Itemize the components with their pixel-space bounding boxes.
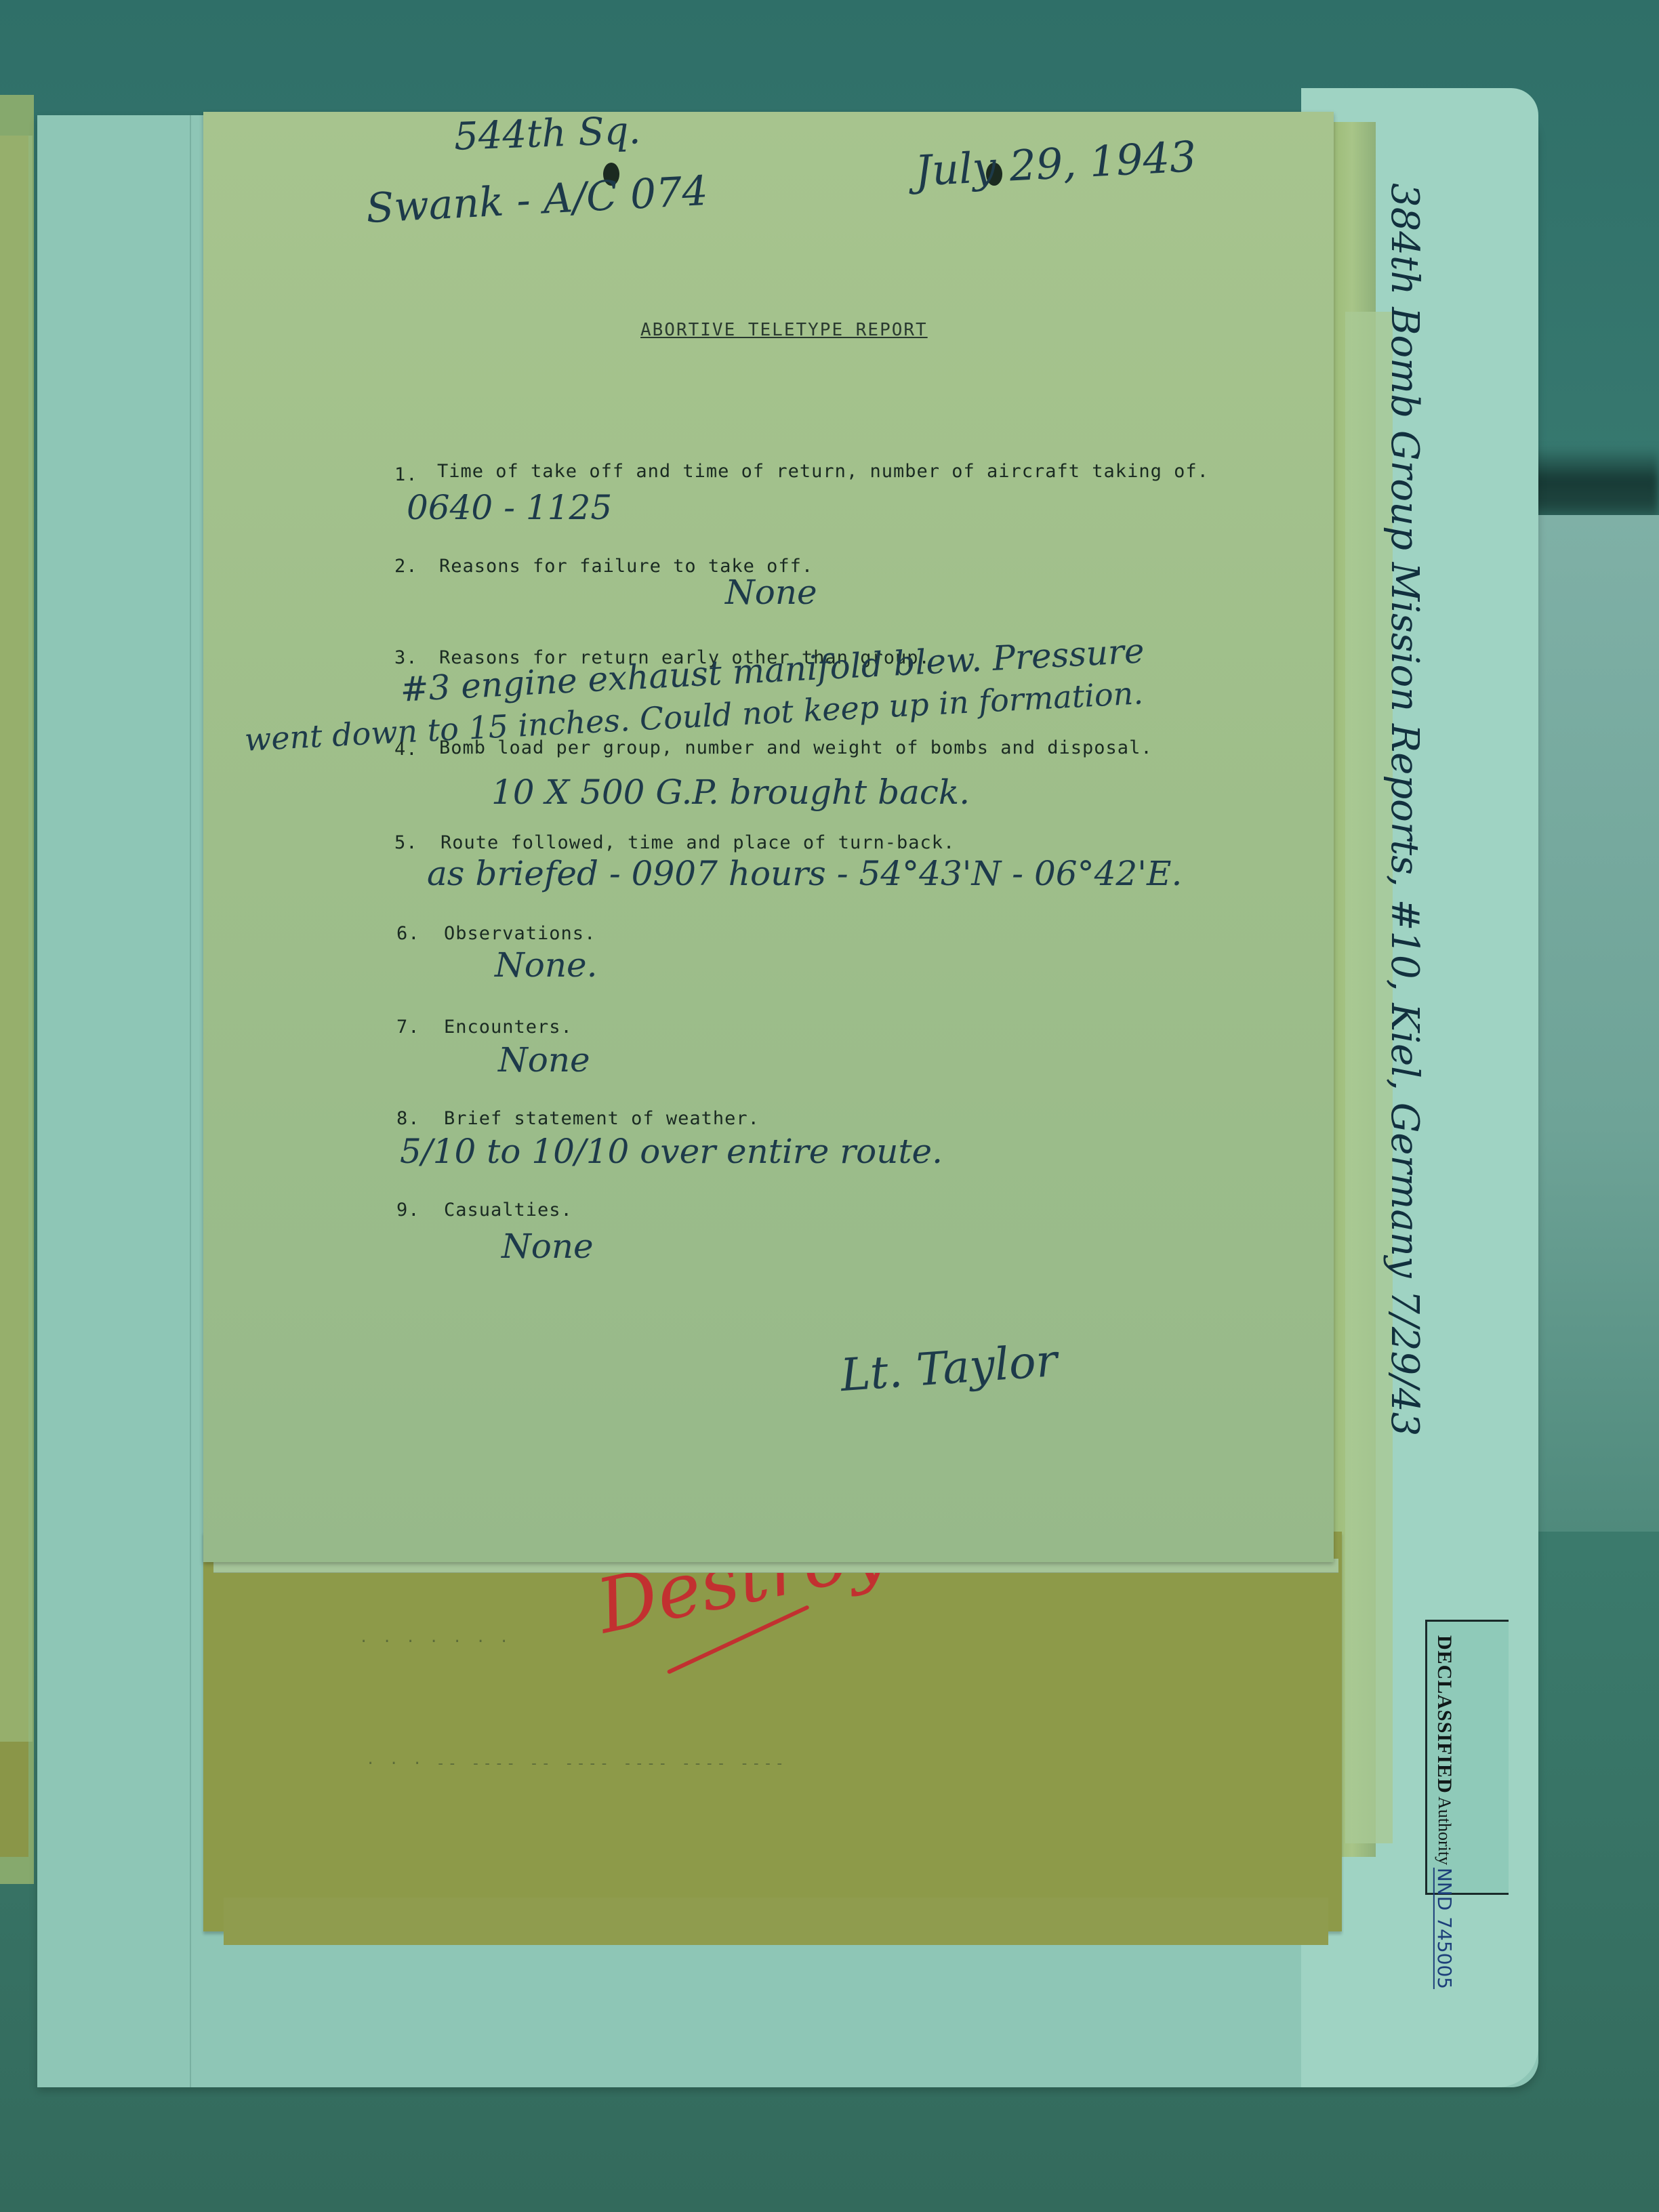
item-4-answer: 10 X 500 G.P. brought back.: [491, 773, 970, 812]
item-9-number: 9.: [396, 1200, 420, 1221]
stamp-text: DECLASSIFIED Authority NND 745005: [1433, 1635, 1456, 1989]
item-4-question: Bomb load per group, number and weight o…: [439, 737, 1153, 758]
stamp-authority-label: Authority: [1435, 1797, 1454, 1865]
folder-tab-label: 384th Bomb Group Mission Reports, #10, K…: [1382, 183, 1427, 1436]
item-1-number: 1.: [394, 464, 418, 485]
item-4-number: 4.: [394, 739, 418, 760]
faint-typed-line: · · · · · · ·: [359, 1633, 511, 1650]
item-5-question: Route followed, time and place of turn-b…: [441, 832, 955, 853]
item-3-number: 3.: [394, 647, 418, 668]
item-8-number: 8.: [396, 1108, 420, 1129]
item-6-number: 6.: [396, 923, 420, 944]
item-6-question: Observations.: [444, 923, 596, 944]
item-5-answer: as briefed - 0907 hours - 54°43'N - 06°4…: [427, 854, 1182, 893]
item-1-answer: 0640 - 1125: [407, 488, 612, 527]
date-note: July 29, 1943: [914, 131, 1197, 196]
item-5-number: 5.: [394, 832, 418, 853]
stamp-title: DECLASSIFIED: [1433, 1635, 1456, 1794]
item-1-question: Time of take off and time of return, num…: [437, 461, 1209, 482]
crew-aircraft-note: Swank - A/C 074: [365, 167, 710, 232]
item-2-number: 2.: [394, 556, 418, 577]
item-7-question: Encounters.: [444, 1017, 573, 1038]
squadron-note: 544th Sq.: [453, 108, 641, 159]
adjacent-document: [0, 136, 33, 1742]
item-8-question: Brief statement of weather.: [444, 1108, 760, 1129]
item-6-answer: None.: [495, 945, 598, 985]
underlying-sheet-edge: [224, 1898, 1328, 1945]
declassified-stamp: DECLASSIFIED Authority NND 745005: [1425, 1620, 1509, 1895]
item-7-answer: None: [498, 1040, 590, 1080]
item-9-answer: None: [501, 1227, 594, 1266]
item-9-question: Casualties.: [444, 1200, 573, 1221]
stamp-authority-number: NND 745005: [1433, 1868, 1456, 1989]
faint-typed-line: · · · -- ---- -- ---- ---- ---- ----: [366, 1755, 787, 1772]
folder-crease: [190, 115, 191, 2087]
report-title: ABORTIVE TELETYPE REPORT: [640, 320, 928, 340]
item-8-answer: 5/10 to 10/10 over entire route.: [400, 1132, 943, 1171]
item-7-number: 7.: [396, 1017, 420, 1038]
item-2-answer: None: [725, 573, 817, 612]
